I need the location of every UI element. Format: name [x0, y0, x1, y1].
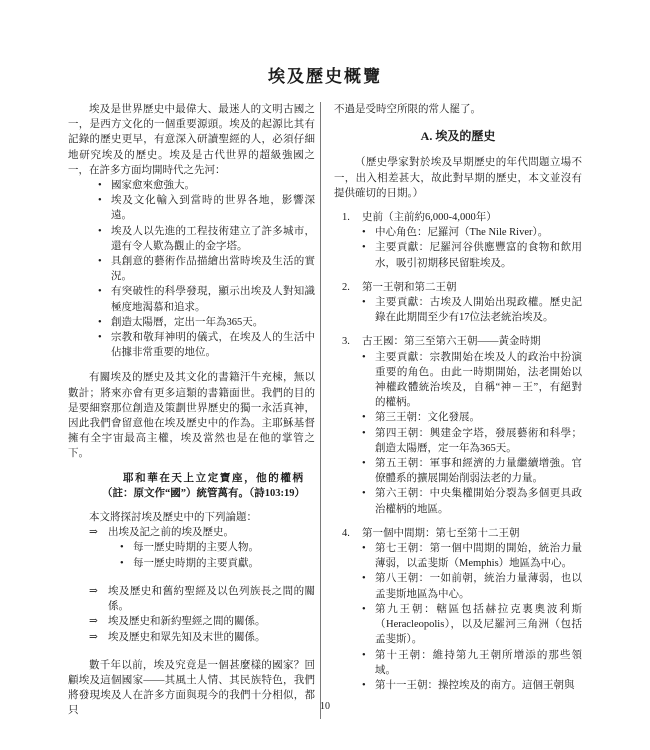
arrow-icon: ⇒ — [89, 614, 98, 629]
list-item-text: 埃及人以先進的工程技術建立了許多城市，還有令人歎為觀止的金字塔。 — [111, 226, 315, 252]
list-item: •第四王朝：興建金字塔，發展藝術和科學；創造太陽曆，定一年為365天。 — [334, 426, 582, 456]
bullet-icon: • — [362, 410, 366, 425]
list-item-text: 創造太陽曆，定出一年為365天。 — [111, 317, 263, 328]
list-item: •第九王朝：轄區包括赫拉克裏奧波利斯（Heracleopolis），以及尼羅河三… — [334, 602, 582, 648]
topic-item: ⇒埃及歷史和舊約聖經及以色列族長之間的關係。 — [68, 584, 315, 614]
list-item-text: 第六王朝：中央集權開始分裂為多個更具政治權柄的地區。 — [375, 488, 582, 514]
list-item: •埃及人以先進的工程技術建立了許多城市，還有令人歎為觀止的金字塔。 — [68, 224, 315, 254]
item-number: 2. — [342, 280, 350, 295]
bullet-icon: • — [98, 254, 102, 269]
achievement-bullet-list: •國家愈來愈強大。 •埃及文化輸入到當時的世界各地，影響深遠。 •埃及人以先進的… — [68, 178, 315, 360]
section-heading: A. 埃及的歷史 — [334, 129, 582, 144]
item-heading-text: 第一個中間期：第七至第十二王朝 — [362, 528, 520, 539]
page-title: 埃及歷史概覽 — [0, 62, 650, 87]
topic-item: ⇒埃及歷史和眾先知及末世的關係。 — [68, 630, 315, 645]
topic-sub-text: 每一歷史時期的主要貢獻。 — [133, 558, 259, 569]
list-item-text: 主要貢獻：尼羅河谷供應豐富的食物和飲用水，吸引初期移民留駐埃及。 — [375, 242, 582, 268]
numbered-item: 2.第一王朝和第二王朝 •主要貢獻：古埃及人開始出現政權。歷史記錄在此期間至少有… — [334, 280, 582, 326]
list-item-text: 宗教和敬拜神明的儀式，在埃及人的生活中佔據非常重要的地位。 — [111, 332, 315, 358]
list-item-text: 第七王朝：第一個中間期的開始，統治力量薄弱，以孟斐斯（Memphis）地區為中心… — [375, 543, 582, 569]
list-item: •宗教和敬拜神明的儀式，在埃及人的生活中佔據非常重要的地位。 — [68, 330, 315, 360]
list-item-text: 第十王朝：維持第九王朝所增添的那些領域。 — [375, 650, 582, 676]
list-item: •中心角色：尼羅河（The Nile River）。 — [334, 225, 582, 240]
page-number: 10 — [0, 701, 650, 712]
bullet-icon: • — [120, 540, 124, 555]
list-item: •第七王朝：第一個中間期的開始，統治力量薄弱，以孟斐斯（Memphis）地區為中… — [334, 541, 582, 571]
topic-list: ⇒出埃及記之前的埃及歷史。 •每一歷史時期的主要人物。 •每一歷史時期的主要貢獻… — [68, 525, 315, 571]
bullet-icon: • — [120, 556, 124, 571]
list-item-text: 主要貢獻：宗教開始在埃及人的政治中扮演重要的角色。由此一時期開始，法老開始以神權… — [375, 352, 582, 409]
list-item: •第三王朝：文化發展。 — [334, 410, 582, 425]
bullet-icon: • — [362, 426, 366, 441]
purpose-paragraph: 有關埃及的歷史及其文化的書籍汗牛充棟，無以數計；將來亦會有更多這類的書籍面世。我… — [68, 370, 315, 461]
bullet-icon: • — [362, 240, 366, 255]
bullet-icon: • — [98, 315, 102, 330]
list-item: •創造太陽曆，定出一年為365天。 — [68, 315, 315, 330]
bullet-icon: • — [98, 178, 102, 193]
bullet-icon: • — [98, 224, 102, 239]
topic-text: 埃及歷史和舊約聖經及以色列族長之間的關係。 — [108, 586, 315, 612]
list-item: •第十一王朝：操控埃及的南方。這個王朝與 — [334, 678, 582, 693]
two-column-layout: 埃及是世界歷史中最偉大、最迷人的文明古國之一，是西方文化的一個重要源頭。埃及的起… — [68, 102, 582, 719]
topic-text: 埃及歷史和眾先知及末世的關係。 — [108, 632, 266, 643]
topic-sub-item: •每一歷史時期的主要人物。 — [68, 540, 315, 555]
bullet-icon: • — [98, 193, 102, 208]
list-item: •主要貢獻：古埃及人開始出現政權。歷史記錄在此期間至少有17位法老統治埃及。 — [334, 295, 582, 325]
list-item-text: 有突破性的科學發現，顯示出埃及人對知識極度地渴慕和追求。 — [111, 286, 315, 312]
item-number: 1. — [342, 210, 350, 225]
list-item-text: 主要貢獻：古埃及人開始出現政權。歷史記錄在此期間至少有17位法老統治埃及。 — [375, 297, 582, 323]
intro-paragraph: 埃及是世界歷史中最偉大、最迷人的文明古國之一，是西方文化的一個重要源頭。埃及的起… — [68, 102, 315, 178]
list-item: •第六王朝：中央集權開始分裂為多個更具政治權柄的地區。 — [334, 486, 582, 516]
document-page: 埃及歷史概覽 埃及是世界歷史中最偉大、最迷人的文明古國之一，是西方文化的一個重要… — [0, 0, 650, 750]
list-item-text: 第四王朝：興建金字塔，發展藝術和科學；創造太陽曆，定一年為365天。 — [375, 428, 582, 454]
numbered-item: 4.第一個中間期：第七至第十二王朝 •第七王朝：第一個中間期的開始，統治力量薄弱… — [334, 526, 582, 693]
list-item-text: 第九王朝：轄區包括赫拉克裏奧波利斯（Heracleopolis），以及尼羅河三角… — [375, 604, 582, 645]
bullet-icon: • — [98, 284, 102, 299]
bullet-icon: • — [362, 648, 366, 663]
list-item: •主要貢獻：尼羅河谷供應豐富的食物和飲用水，吸引初期移民留駐埃及。 — [334, 240, 582, 270]
topic-text: 出埃及記之前的埃及歷史。 — [108, 527, 234, 538]
list-item-text: 第三王朝：文化發展。 — [375, 412, 480, 423]
topic-list-continued: ⇒埃及歷史和舊約聖經及以色列族長之間的關係。 ⇒埃及歷史和新約聖經之間的關係。 … — [68, 584, 315, 645]
topic-item: ⇒出埃及記之前的埃及歷史。 — [68, 525, 315, 540]
scripture-quote: 耶和華在天上立定寶座，他的權柄（註：原文作“國”）統管萬有。（詩103:19） — [102, 471, 303, 501]
item-heading-text: 第一王朝和第二王朝 — [362, 282, 457, 293]
list-item: •第八王朝：一如前朝，統治力量薄弱，也以孟斐斯地區為中心。 — [334, 571, 582, 601]
historian-note: （歷史學家對於埃及早期歷史的年代問題立場不一，出入相差甚大，故此對早期的歷史，本… — [334, 155, 582, 201]
list-item: •國家愈來愈強大。 — [68, 178, 315, 193]
list-item-text: 第八王朝：一如前朝，統治力量薄弱，也以孟斐斯地區為中心。 — [375, 573, 582, 599]
list-item: •第十王朝：維持第九王朝所增添的那些領域。 — [334, 648, 582, 678]
continuation-paragraph: 不過是受時空所限的常人罷了。 — [334, 102, 582, 117]
list-item: •第五王朝：軍事和經濟的力量繼續增強。官僚體系的擴展開始削弱法老的力量。 — [334, 456, 582, 486]
arrow-icon: ⇒ — [89, 584, 98, 599]
topic-sub-item: •每一歷史時期的主要貢獻。 — [68, 556, 315, 571]
bullet-icon: • — [362, 350, 366, 365]
list-item-text: 第十一王朝：操控埃及的南方。這個王朝與 — [375, 680, 575, 691]
topic-sub-text: 每一歷史時期的主要人物。 — [133, 542, 259, 553]
bullet-icon: • — [98, 330, 102, 345]
list-item-text: 埃及文化輸入到當時的世界各地，影響深遠。 — [111, 195, 315, 221]
bullet-icon: • — [362, 456, 366, 471]
numbered-item: 1.史前（主前約6,000-4,000年） •中心角色：尼羅河（The Nile… — [334, 210, 582, 271]
topic-item: ⇒埃及歷史和新約聖經之間的關係。 — [68, 614, 315, 629]
item-heading-text: 古王國：第三至第六王朝——黃金時期 — [362, 336, 541, 347]
list-item: •具創意的藝術作品描繪出當時埃及生活的實況。 — [68, 254, 315, 284]
item-number: 4. — [342, 526, 350, 541]
left-column: 埃及是世界歷史中最偉大、最迷人的文明古國之一，是西方文化的一個重要源頭。埃及的起… — [68, 102, 315, 719]
item-heading: 4.第一個中間期：第七至第十二王朝 — [334, 526, 582, 541]
list-item: •主要貢獻：宗教開始在埃及人的政治中扮演重要的角色。由此一時期開始，法老開始以神… — [334, 350, 582, 411]
right-column: 不過是受時空所限的常人罷了。 A. 埃及的歷史 （歷史學家對於埃及早期歷史的年代… — [334, 102, 582, 719]
arrow-icon: ⇒ — [89, 630, 98, 645]
item-heading: 2.第一王朝和第二王朝 — [334, 280, 582, 295]
arrow-icon: ⇒ — [89, 525, 98, 540]
bullet-icon: • — [362, 571, 366, 586]
numbered-item: 3.古王國：第三至第六王朝——黃金時期 •主要貢獻：宗教開始在埃及人的政治中扮演… — [334, 334, 582, 516]
item-heading-text: 史前（主前約6,000-4,000年） — [362, 212, 497, 223]
bullet-icon: • — [362, 541, 366, 556]
bullet-icon: • — [362, 486, 366, 501]
item-heading: 3.古王國：第三至第六王朝——黃金時期 — [334, 334, 582, 349]
item-heading: 1.史前（主前約6,000-4,000年） — [334, 210, 582, 225]
topic-text: 埃及歷史和新約聖經之間的關係。 — [108, 616, 266, 627]
bullet-icon: • — [362, 225, 366, 240]
list-item: •埃及文化輸入到當時的世界各地，影響深遠。 — [68, 193, 315, 223]
bullet-icon: • — [362, 295, 366, 310]
column-divider-rule — [320, 102, 321, 719]
bullet-icon: • — [362, 678, 366, 693]
topics-intro: 本文將探討埃及歷史中的下列論題： — [68, 510, 315, 525]
list-item-text: 國家愈來愈強大。 — [111, 180, 195, 191]
item-number: 3. — [342, 334, 350, 349]
list-item-text: 第五王朝：軍事和經濟的力量繼續增強。官僚體系的擴展開始削弱法老的力量。 — [375, 458, 582, 484]
list-item: •有突破性的科學發現，顯示出埃及人對知識極度地渴慕和追求。 — [68, 284, 315, 314]
list-item-text: 中心角色：尼羅河（The Nile River）。 — [375, 227, 548, 238]
bullet-icon: • — [362, 602, 366, 617]
list-item-text: 具創意的藝術作品描繪出當時埃及生活的實況。 — [111, 256, 315, 282]
